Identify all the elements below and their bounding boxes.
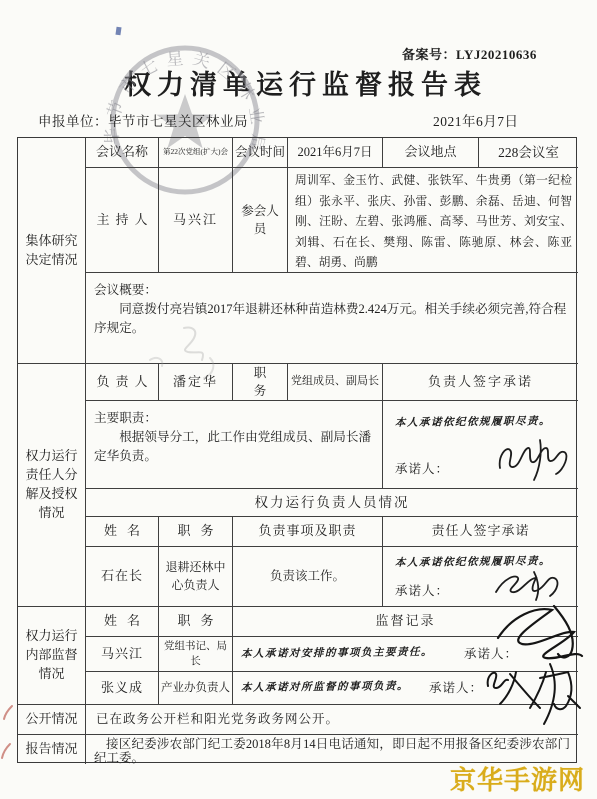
meeting-time-label: 会议时间 xyxy=(233,138,288,168)
summary-label: 会议概要： xyxy=(94,281,157,300)
sup-row-name: 张义成 xyxy=(86,672,159,705)
staff-duty: 退耕还林中心负责人 xyxy=(159,547,233,607)
section-responsibility-label: 权力运行责任人分解及授权情况 xyxy=(18,364,86,607)
staff-section-header: 权力运行负责人员情况 xyxy=(86,489,578,517)
sup-promiser-label: 承诺人： xyxy=(464,645,518,663)
staff-name: 石在长 xyxy=(86,547,159,607)
leader-duty-label: 职务 xyxy=(233,364,288,401)
summary-text: 同意拨付亮岩镇2017年退耕还林种苗造林费2.424万元。相关手续必须完善,符合… xyxy=(94,300,568,338)
meeting-room-value: 228会议室 xyxy=(479,138,578,168)
page-title: 权力清单运行监督报告表 xyxy=(0,63,597,102)
staff-col-sign: 责任人签字承诺 xyxy=(383,517,578,547)
declaring-unit: 申报单位：毕节市七星关区林业局 xyxy=(38,110,248,130)
staff-promiser-label: 承诺人： xyxy=(395,582,449,600)
meeting-name-value: 第22次党组(扩大)会 xyxy=(159,138,233,168)
section-disclosure-label: 公开情况 xyxy=(18,705,86,735)
sup-col-record: 监督记录 xyxy=(233,607,578,637)
sup-row-duty: 党组书记、局长 xyxy=(159,637,233,672)
staff-col-name: 姓名 xyxy=(86,517,159,547)
sup-col-name: 姓名 xyxy=(86,607,159,637)
main-duty-label: 主要职责： xyxy=(94,409,157,428)
leader-duty-value: 党组成员、副局长 xyxy=(288,364,383,401)
leader-sign-header: 负责人签字承诺 xyxy=(383,364,578,401)
staff-col-duty: 职务 xyxy=(159,517,233,547)
leader-promiser-label: 承诺人： xyxy=(395,460,449,478)
host-value: 马兴江 xyxy=(159,168,233,273)
report-date: 2021年6月7日 xyxy=(433,110,519,130)
scan-speck xyxy=(115,27,121,36)
staff-matter: 负责该工作。 xyxy=(233,547,383,607)
watermark-text: 京华手游网 xyxy=(420,760,585,797)
host-label: 主持人 xyxy=(86,168,159,273)
staff-promise-handwritten: 本人承诺依纪依规履职尽责。 xyxy=(395,554,551,571)
staff-col-matter: 负责事项及职责 xyxy=(233,517,383,547)
sup-record-handwritten: 本人承诺对所监督的事项负责。 xyxy=(241,680,409,697)
disclosure-text: 已在政务公开栏和阳光党务政务网公开。 xyxy=(86,705,578,735)
filing-label: 备案号： xyxy=(402,47,456,62)
leader-name: 潘定华 xyxy=(159,364,233,401)
leader-promise-handwritten: 本人承诺依纪依规履职尽责。 xyxy=(395,414,551,431)
section-report-label: 报告情况 xyxy=(18,735,86,764)
section-collective-label: 集体研究决定情况 xyxy=(18,138,86,364)
meeting-place-label: 会议地点 xyxy=(383,138,479,168)
filing-number: LYJ20210636 xyxy=(456,47,537,62)
report-table: 集体研究决定情况 权力运行责任人分解及授权情况 权力运行内部监督情况 公开情况 … xyxy=(17,137,577,763)
filing-number-line: 备案号：LYJ20210636 xyxy=(402,44,537,63)
sup-promiser-label: 承诺人： xyxy=(429,679,483,697)
sup-row-duty: 产业办负责人 xyxy=(159,672,233,705)
sup-col-duty: 职务 xyxy=(159,607,233,637)
sup-row-name: 马兴江 xyxy=(86,637,159,672)
leader-label: 负责人 xyxy=(86,364,159,401)
attendees-list: 周训军、金玉竹、武健、张铁军、牛贵勇（第一纪检组）张永平、张庆、孙雷、彭鹏、余磊… xyxy=(288,168,578,273)
sup-record-handwritten: 本人承诺对安排的事项负主要责任。 xyxy=(241,645,433,662)
section-internal-label: 权力运行内部监督情况 xyxy=(18,607,86,705)
attendees-label: 参会人员 xyxy=(233,168,288,273)
meeting-time-value: 2021年6月7日 xyxy=(288,138,383,168)
main-duty-text: 根据领导分工，此工作由党组成员、副局长潘定华负责。 xyxy=(94,428,372,466)
meeting-name-label: 会议名称 xyxy=(86,138,159,168)
